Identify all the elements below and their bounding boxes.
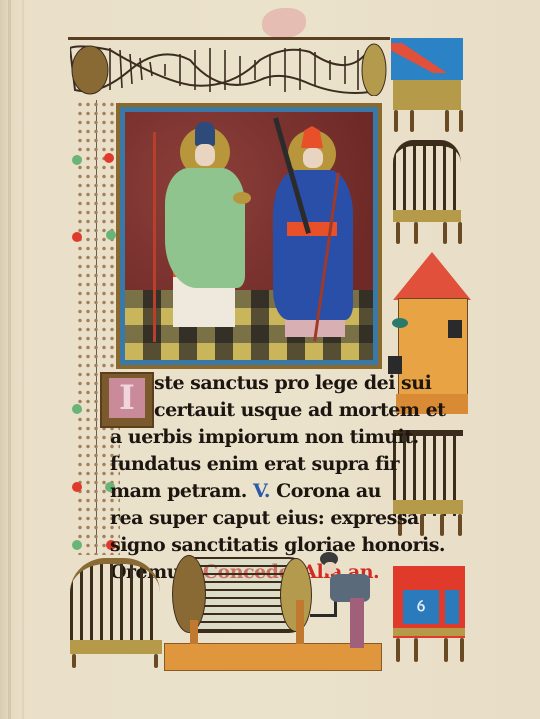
bishop-mitre [301,126,323,148]
dark-birdcage [393,140,461,216]
text-line: certauit usque ad mortem et [110,397,388,424]
covered-cage-blue [391,38,463,80]
text-line: fundatus enim erat supra fir [110,451,388,478]
bucket-right [448,320,462,338]
gilded-birdcage-left [70,558,160,644]
twisted-wicker-trap-illustration [70,40,388,96]
man-legs [350,598,364,648]
red-crenellated-band [391,43,447,73]
bird-green [392,318,408,328]
bishop-blue-cope [273,170,353,320]
papal-tiara [195,122,215,146]
horn-vessel [233,192,251,204]
man-turning-crank [318,552,376,652]
man-face [324,562,336,574]
cage-stand-1 [393,80,461,110]
blue-panel: ỽ [403,590,439,624]
green-berry [106,230,116,240]
red-berry [72,482,82,492]
dovecote-roof [393,252,471,300]
text-line: ste sanctus pro lege dei sui [110,370,388,397]
pope-green-chasuble [165,168,245,288]
red-berry [72,232,82,242]
binding-gutter-inner [22,0,24,719]
text-line: rea super caput eius: expressa [110,505,388,532]
wheel-post-left [190,620,198,644]
text-line: mam petram. V. Corona au [110,478,388,505]
green-berry [72,404,82,414]
cross-staff [153,132,156,342]
wheel-post-right [296,600,304,644]
pope-face [195,144,215,166]
red-berry [104,153,114,163]
miniature-scene [125,112,373,360]
wheel-end-left [172,555,206,633]
bishop-face [303,148,323,168]
green-berry [72,540,82,550]
binding-gutter [8,0,11,719]
text-line: a uerbis impiorum non timuit. [110,424,388,451]
show-through-stain [262,8,306,38]
red-covered-box: ỽ [393,566,465,638]
manuscript-page: I ste sanctus pro lege dei sui certauit … [0,0,540,719]
versicle-mark: V. [253,480,270,502]
miniature-painting [116,103,382,369]
green-berry [72,155,82,165]
